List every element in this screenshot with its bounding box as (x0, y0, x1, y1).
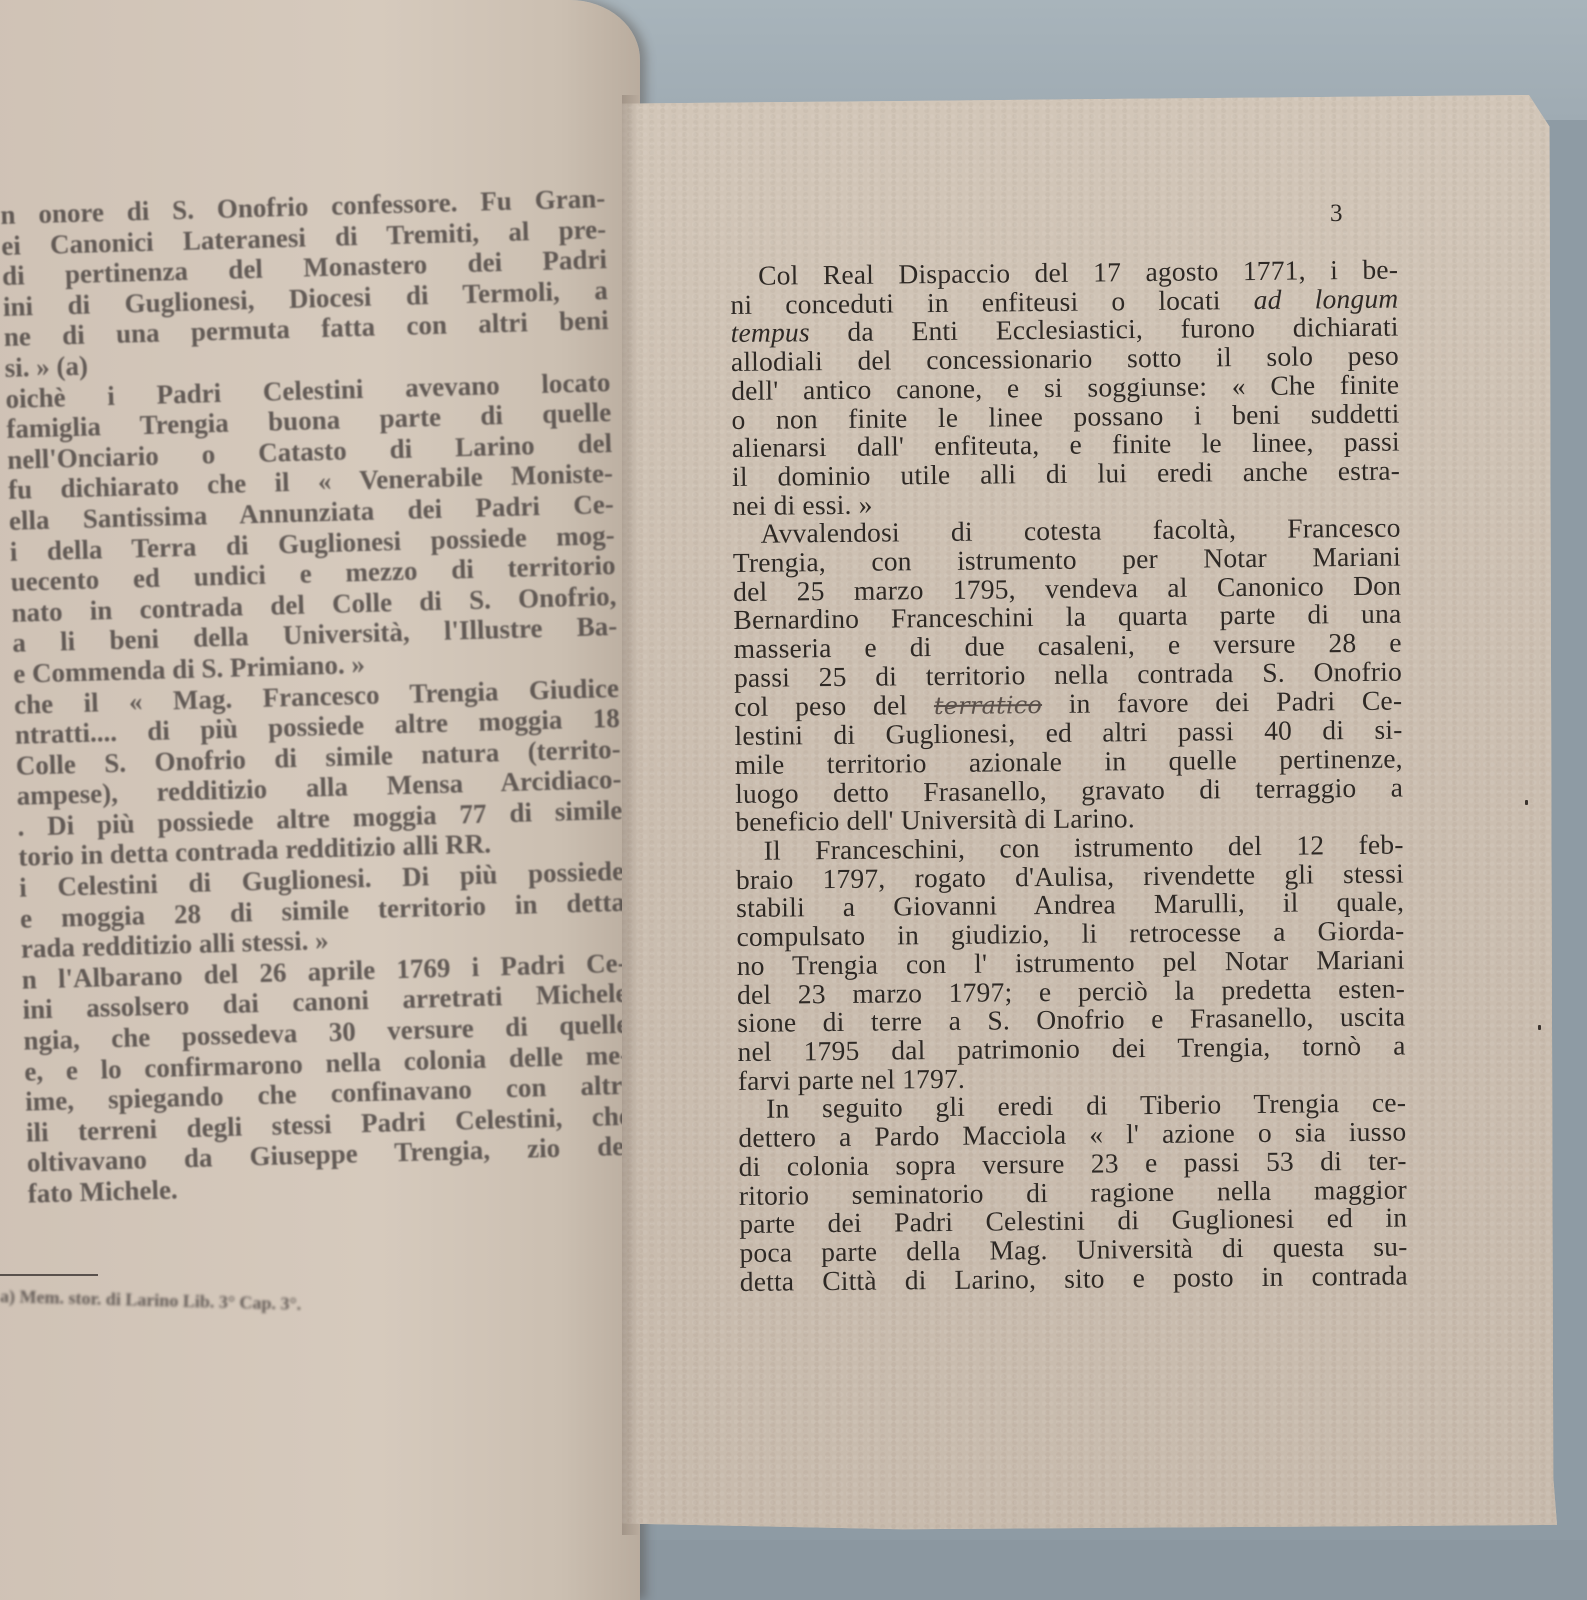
text-line: nel 1795 dal patrimonio dei Trengia, tor… (737, 1032, 1405, 1067)
handwritten-annotation: terratico (934, 691, 1042, 721)
right-page-text: Col Real Dispaccio del 17 agosto 1771, i… (730, 256, 1408, 1297)
italic-phrase: tempus (731, 317, 810, 349)
paper-speck (1538, 1025, 1541, 1030)
page-number: 3 (1330, 200, 1343, 228)
footnote-rule (0, 1274, 98, 1276)
text-line: detta Città di Larino, sito e posto in c… (740, 1261, 1408, 1296)
left-page-text: n onore di S. Onofrio confessore. Fu Gra… (0, 183, 633, 1209)
text-line: il dominio utile alli di lui eredi anche… (732, 457, 1400, 492)
book-gutter (622, 95, 640, 1535)
italic-phrase: ad longum (1254, 282, 1399, 314)
paper-speck (1525, 800, 1528, 805)
